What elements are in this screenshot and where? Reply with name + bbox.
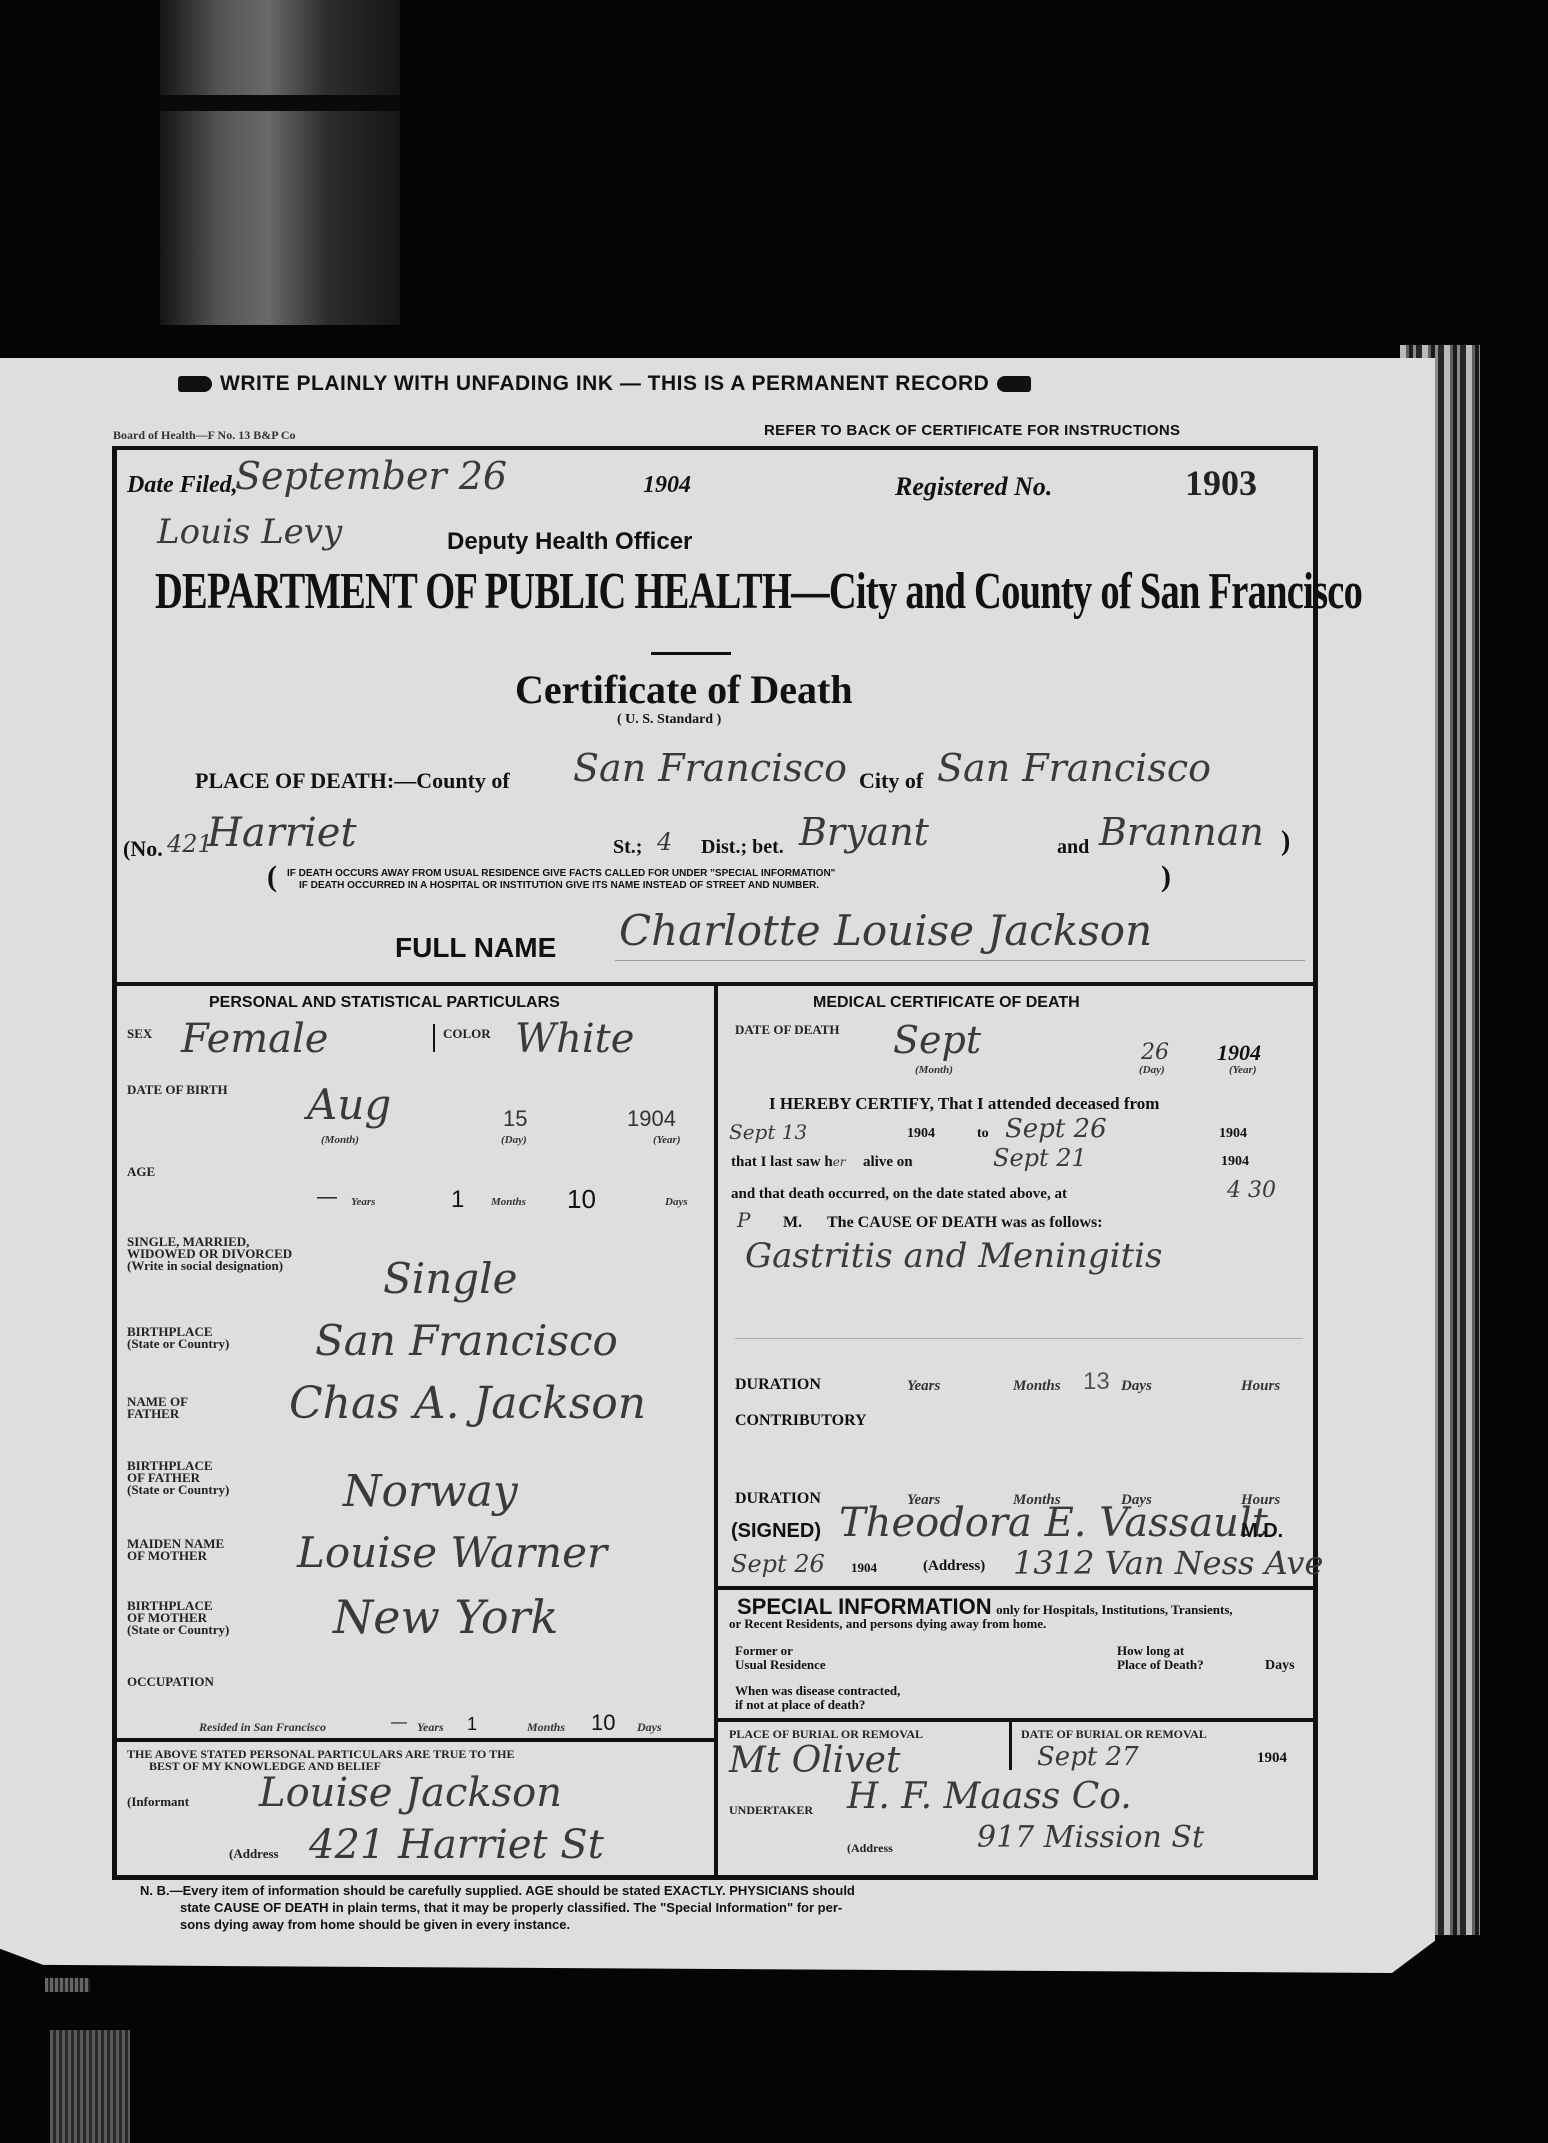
- district-number: 4: [657, 828, 672, 856]
- marital-value: Single: [383, 1254, 517, 1303]
- informant-name: Louise Jackson: [259, 1770, 562, 1816]
- m-label: M.: [783, 1214, 802, 1232]
- form-number: Board of Health—F No. 13 B&P Co: [113, 428, 296, 443]
- department-title: DEPARTMENT OF PUBLIC HEALTH—City and Cou…: [155, 562, 1362, 621]
- and-label: and: [1057, 836, 1089, 859]
- occupation-label: OCCUPATION: [127, 1676, 214, 1688]
- background-fragment: [45, 1978, 90, 1992]
- between-street-2: Brannan: [1099, 810, 1264, 854]
- dob-month: Aug: [307, 1080, 391, 1129]
- how-long-label: How long at Place of Death?: [1117, 1644, 1204, 1672]
- sex-value: Female: [181, 1016, 328, 1062]
- age-months: 1: [451, 1186, 464, 1214]
- cause-label: The CAUSE OF DEATH was as follows:: [827, 1214, 1103, 1232]
- physician-address: 1312 Van Ness Ave: [1013, 1544, 1323, 1582]
- ink-warning-text: WRITE PLAINLY WITH UNFADING INK — THIS I…: [220, 372, 989, 395]
- officer-signature: Louis Levy: [157, 512, 342, 552]
- duration-label: DURATION: [735, 1376, 821, 1394]
- md-label: M.D.: [1241, 1520, 1283, 1543]
- former-residence-label: Former or Usual Residence: [735, 1644, 826, 1672]
- last-saw-date: Sept 21: [993, 1144, 1087, 1172]
- footnote: N. B.—Every item of information should b…: [140, 1882, 855, 1933]
- dod-day-unit: (Day): [1139, 1064, 1165, 1076]
- attended-to-year: 1904: [1219, 1126, 1247, 1142]
- personal-heading: PERSONAL AND STATISTICAL PARTICULARS: [209, 994, 560, 1012]
- undertaker-address-label: (Address: [847, 1842, 893, 1854]
- residence-note-line1: IF DEATH OCCURS AWAY FROM USUAL RESIDENC…: [287, 868, 835, 879]
- father-name-label-line2: FATHER: [127, 1408, 188, 1420]
- dod-year: 1904: [1217, 1040, 1261, 1066]
- mother-birthplace-label-line3: (State or Country): [127, 1624, 229, 1636]
- medical-heading: MEDICAL CERTIFICATE OF DEATH: [813, 994, 1080, 1012]
- certificate-subtitle: ( U. S. Standard ): [617, 712, 721, 728]
- cause-line-2: [735, 1338, 1303, 1339]
- age-years-unit: Years: [351, 1196, 375, 1208]
- registered-number: 1903: [1185, 462, 1257, 504]
- attended-from: Sept 13: [729, 1120, 807, 1144]
- duration-years-unit: Years: [907, 1378, 940, 1395]
- attended-from-year: 1904: [907, 1126, 935, 1142]
- duration-months-unit: Months: [1013, 1378, 1061, 1395]
- last-saw-label: that I last saw her: [731, 1154, 846, 1171]
- birthplace-label-line2: (State or Country): [127, 1338, 229, 1350]
- burial-column-divider: [1009, 1720, 1012, 1770]
- informant-label: (Informant: [127, 1796, 189, 1808]
- color-value: White: [515, 1016, 634, 1062]
- burial-place-label: PLACE OF BURIAL OR REMOVAL: [729, 1728, 923, 1740]
- signed-year: 1904: [851, 1560, 877, 1576]
- street-name: Harriet: [207, 810, 357, 856]
- attended-to: Sept 26: [1005, 1114, 1107, 1144]
- contracted-label-line1: When was disease contracted,: [735, 1684, 900, 1698]
- duration-days: 13: [1083, 1368, 1110, 1396]
- background-book-spine: [160, 0, 400, 325]
- age-months-unit: Months: [491, 1196, 526, 1208]
- dod-month: Sept: [893, 1018, 981, 1062]
- date-filed-label: Date Filed,: [127, 472, 238, 499]
- officer-title: Deputy Health Officer: [447, 528, 692, 556]
- contracted-label: When was disease contracted, if not at p…: [735, 1684, 900, 1712]
- close-paren: ): [1281, 826, 1290, 858]
- informant-address: 421 Harriet St: [309, 1822, 604, 1868]
- father-name-value: Chas A. Jackson: [289, 1378, 646, 1429]
- ink-warning: WRITE PLAINLY WITH UNFADING INK — THIS I…: [170, 372, 1039, 396]
- street-number: 421: [167, 830, 213, 858]
- street-number-label: (No.: [123, 836, 163, 862]
- duration2-label: DURATION: [735, 1490, 821, 1508]
- age-days: 10: [567, 1184, 596, 1215]
- city-label: City of: [859, 768, 923, 794]
- dob-day: 15: [503, 1106, 527, 1132]
- date-filed-value: September 26: [235, 454, 507, 498]
- informant-statement: THE ABOVE STATED PERSONAL PARTICULARS AR…: [127, 1748, 514, 1772]
- father-birthplace-value: Norway: [343, 1466, 518, 1517]
- mother-name-value: Louise Warner: [297, 1528, 607, 1577]
- resided-months-unit: Months: [527, 1720, 565, 1735]
- full-name-value: Charlotte Louise Jackson: [619, 906, 1152, 955]
- marital-label-line3: (Write in social designation): [127, 1260, 292, 1272]
- resided-months: 1: [467, 1714, 477, 1735]
- mother-name-label: MAIDEN NAME OF MOTHER: [127, 1538, 224, 1562]
- father-birthplace-label: BIRTHPLACE OF FATHER (State or Country): [127, 1460, 229, 1496]
- background-shelf: [160, 95, 400, 111]
- alive-on-label: alive on: [863, 1154, 913, 1171]
- undertaker-name: H. F. Maass Co.: [847, 1776, 1132, 1817]
- mother-name-label-line2: OF MOTHER: [127, 1550, 224, 1562]
- burial-place: Mt Olivet: [729, 1740, 900, 1781]
- between-street-1: Bryant: [799, 810, 929, 854]
- signed-date: Sept 26: [731, 1550, 825, 1578]
- certificate-frame: Date Filed, September 26 1904 Registered…: [112, 446, 1318, 1880]
- special-divider: [716, 1586, 1313, 1590]
- age-years: —: [317, 1186, 337, 1209]
- age-label: AGE: [127, 1166, 155, 1178]
- dob-label: DATE OF BIRTH: [127, 1084, 228, 1096]
- street-label: St.;: [613, 836, 642, 859]
- undertaker-label: UNDERTAKER: [729, 1804, 813, 1816]
- age-days-unit: Days: [665, 1196, 688, 1208]
- how-long-label-line1: How long at: [1117, 1644, 1204, 1658]
- am-pm-value: P: [737, 1208, 750, 1232]
- dod-year-unit: (Year): [1229, 1064, 1257, 1076]
- footnote-line3: sons dying away from home should be give…: [140, 1916, 855, 1933]
- resided-label: Resided in San Francisco: [199, 1720, 326, 1735]
- physician-address-label: (Address): [923, 1558, 985, 1575]
- city-value: San Francisco: [937, 746, 1211, 790]
- district-between-label: Dist.; bet.: [701, 836, 784, 859]
- place-of-death-label: PLACE OF DEATH:—County of: [195, 768, 510, 794]
- former-residence-label-line1: Former or: [735, 1644, 826, 1658]
- to-label: to: [977, 1126, 989, 1142]
- special-heading-line2: or Recent Residents, and persons dying a…: [729, 1616, 1046, 1632]
- registered-label: Registered No.: [895, 472, 1052, 502]
- birthplace-value: San Francisco: [315, 1316, 618, 1365]
- dod-month-unit: (Month): [915, 1064, 953, 1076]
- dod-label: DATE OF DEATH: [735, 1024, 840, 1036]
- special-heading-small: only for Hospitals, Institutions, Transi…: [996, 1602, 1233, 1617]
- how-long-label-line2: Place of Death?: [1117, 1658, 1204, 1672]
- signed-label: (SIGNED): [731, 1520, 821, 1543]
- marital-label: SINGLE, MARRIED, WIDOWED OR DIVORCED (Wr…: [127, 1236, 292, 1272]
- title-rule: [651, 652, 731, 655]
- physician-signature: Theodora E. Vassault: [839, 1500, 1268, 1546]
- burial-year: 1904: [1257, 1750, 1287, 1767]
- resided-years-unit: Years: [417, 1720, 444, 1735]
- burial-date: Sept 27: [1037, 1742, 1139, 1772]
- birthplace-label: BIRTHPLACE (State or Country): [127, 1326, 229, 1350]
- footnote-line2: state CAUSE OF DEATH in plain terms, tha…: [140, 1899, 855, 1916]
- sex-label: SEX: [127, 1028, 152, 1040]
- dob-month-unit: (Month): [321, 1134, 359, 1146]
- informant-address-label: (Address: [229, 1848, 279, 1860]
- last-saw-pronoun: er: [833, 1155, 846, 1169]
- duration-hours-unit: Hours: [1241, 1378, 1280, 1395]
- time-of-death: 4 30: [1227, 1178, 1276, 1203]
- contributory-label: CONTRIBUTORY: [735, 1412, 867, 1430]
- informant-divider: [117, 1738, 716, 1742]
- last-saw-year: 1904: [1221, 1154, 1249, 1170]
- resided-days-unit: Days: [637, 1720, 662, 1735]
- cause-of-death: Gastritis and Meningitis: [745, 1236, 1162, 1276]
- footnote-line1: N. B.—Every item of information should b…: [140, 1882, 855, 1899]
- dob-year: 1904: [627, 1106, 676, 1132]
- refer-instructions: REFER TO BACK OF CERTIFICATE FOR INSTRUC…: [764, 422, 1180, 439]
- residence-note-line2: IF DEATH OCCURRED IN A HOSPITAL OR INSTI…: [299, 880, 819, 891]
- occurred-label: and that death occurred, on the date sta…: [731, 1186, 1067, 1203]
- full-name-label: FULL NAME: [395, 932, 556, 964]
- background-book-pages: [50, 2030, 130, 2143]
- county-value: San Francisco: [573, 746, 847, 790]
- certify-statement: I HEREBY CERTIFY, That I attended deceas…: [769, 1094, 1159, 1114]
- resided-days: 10: [591, 1710, 615, 1736]
- resided-years: —: [391, 1714, 407, 1732]
- last-saw-text: that I last saw h: [731, 1154, 833, 1170]
- full-name-line: [615, 960, 1305, 961]
- former-residence-label-line2: Usual Residence: [735, 1658, 826, 1672]
- contracted-label-line2: if not at place of death?: [735, 1698, 900, 1712]
- how-long-days-label: Days: [1265, 1658, 1295, 1674]
- pointing-hand-icon: [178, 376, 212, 392]
- note-paren-close: ): [1161, 860, 1171, 894]
- dob-year-unit: (Year): [653, 1134, 681, 1146]
- dob-day-unit: (Day): [501, 1134, 527, 1146]
- father-name-label: NAME OF FATHER: [127, 1396, 188, 1420]
- mother-birthplace-value: New York: [333, 1590, 558, 1644]
- note-paren-open: (: [267, 860, 277, 894]
- father-birthplace-label-line3: (State or Country): [127, 1484, 229, 1496]
- color-label: COLOR: [443, 1028, 491, 1040]
- certificate-title: Certificate of Death: [515, 666, 853, 713]
- burial-date-label: DATE of BURIAL or REMOVAL: [1021, 1728, 1207, 1740]
- burial-divider: [716, 1718, 1313, 1722]
- death-certificate: WRITE PLAINLY WITH UNFADING INK — THIS I…: [0, 358, 1435, 1973]
- date-filed-year: 1904: [643, 472, 691, 499]
- mother-birthplace-label: BIRTHPLACE OF MOTHER (State or Country): [127, 1600, 229, 1636]
- duration-days-unit: Days: [1121, 1378, 1152, 1395]
- undertaker-address: 917 Mission St: [977, 1820, 1204, 1855]
- sex-color-divider: [433, 1024, 435, 1052]
- dod-day: 26: [1141, 1040, 1169, 1065]
- pointing-hand-icon: [997, 376, 1031, 392]
